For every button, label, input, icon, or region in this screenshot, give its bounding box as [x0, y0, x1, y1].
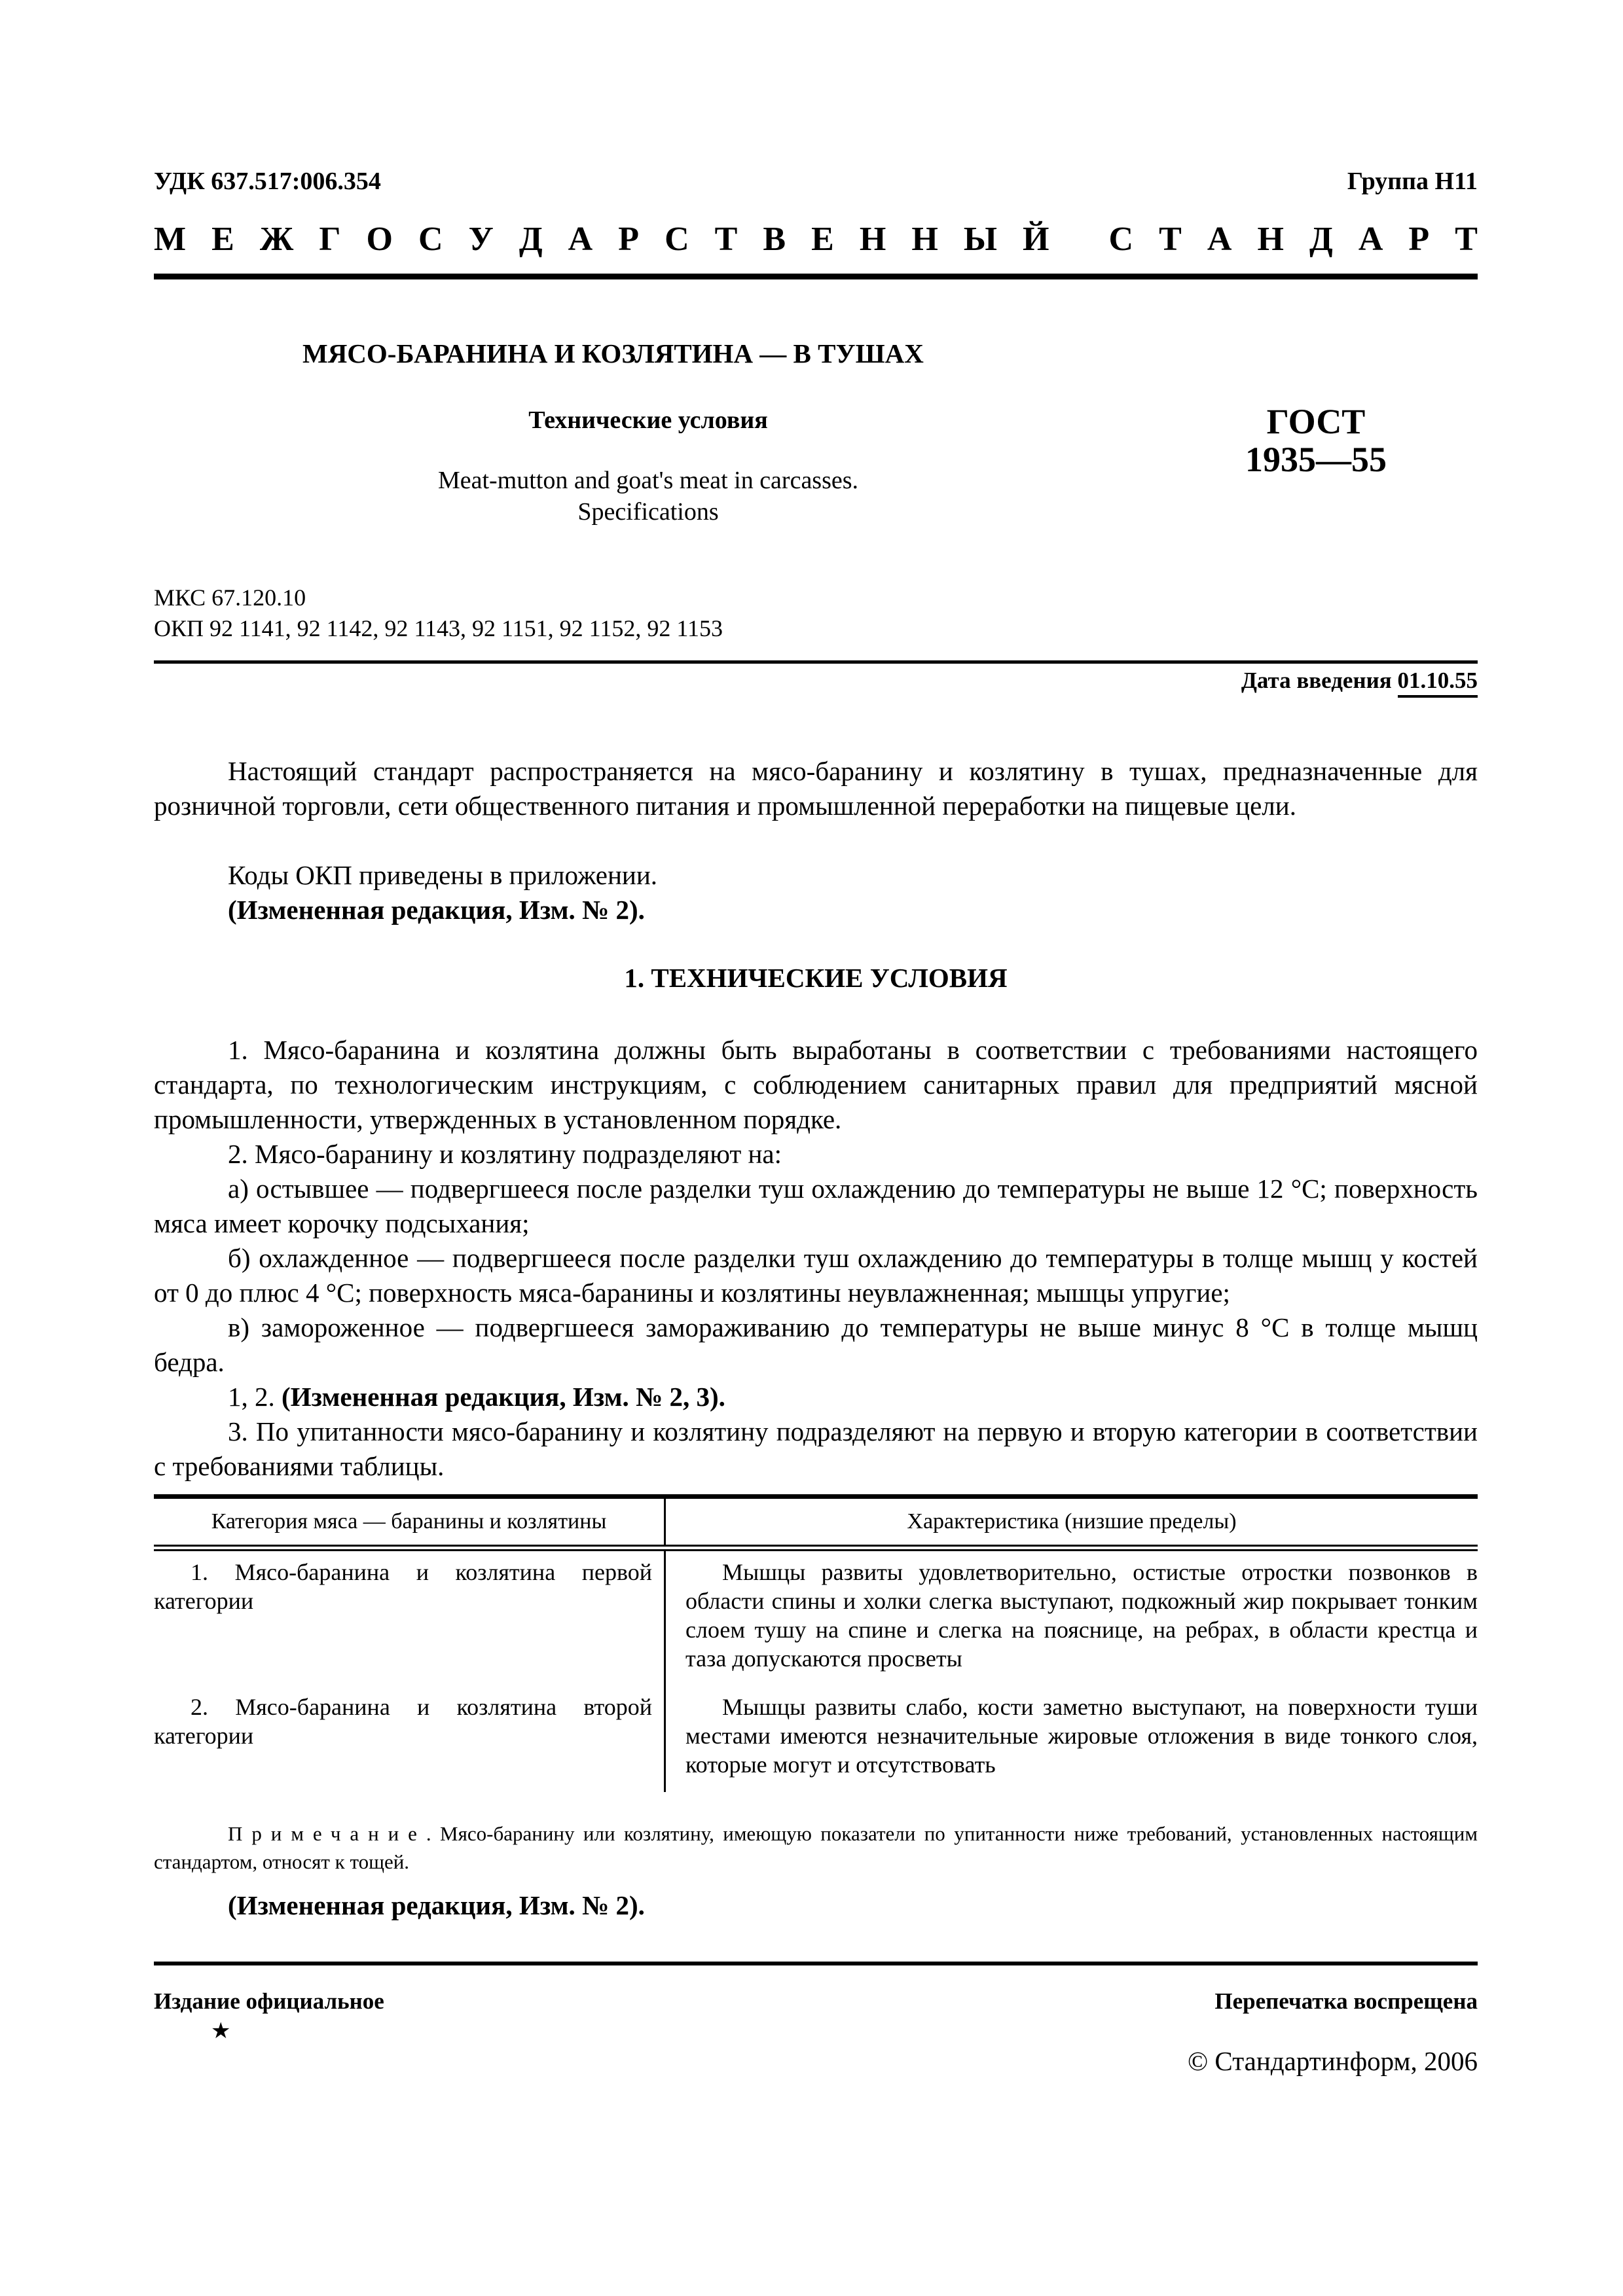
clause-1: 1. Мясо-баранина и козлятина должны быть…	[154, 1033, 1478, 1137]
banner-letter: Ы	[964, 220, 997, 259]
banner-letter: Р	[1408, 220, 1429, 259]
introduction-date: Дата введения 01.10.55	[1241, 668, 1478, 698]
english-title-line2: Specifications	[354, 496, 943, 528]
udk-code: УДК 637.517:006.354	[154, 167, 381, 196]
banner-letter: Г	[319, 220, 340, 259]
document-subtitle: Технические условия	[354, 406, 943, 435]
okp-codes: ОКП 92 1141, 92 1142, 92 1143, 92 1151, …	[154, 613, 723, 644]
banner-letter: Е	[211, 220, 234, 259]
mks-code: МКС 67.120.10	[154, 583, 723, 613]
banner-letter: Д	[1309, 220, 1333, 259]
amendment-note-2: 1, 2. (Измененная редакция, Изм. № 2, 3)…	[154, 1380, 1478, 1414]
gost-number: 1935—55	[1218, 440, 1414, 478]
gost-label: ГОСТ	[1218, 403, 1414, 440]
classification-rule	[154, 660, 1478, 664]
banner-letter: С	[418, 220, 443, 259]
banner-letter: Ж	[260, 220, 293, 259]
table-top-rule	[154, 1494, 1478, 1499]
table-cell-characteristic: Мышцы развиты слабо, кости заметно высту…	[666, 1686, 1478, 1792]
banner-letter: У	[469, 220, 494, 259]
table-header-characteristic: Характеристика (низшие пределы)	[666, 1499, 1478, 1545]
banner-letter: Н	[911, 220, 938, 259]
clause-2a: а) остывшее — подвергшееся после разделк…	[154, 1172, 1478, 1241]
amendment-note-2-text: (Измененная редакция, Изм. № 2, 3).	[282, 1382, 725, 1412]
banner-letter: В	[763, 220, 786, 259]
amendment-note-2-clauses: 1, 2.	[228, 1382, 282, 1412]
banner-letter: А	[1359, 220, 1383, 259]
banner-letter: Н	[860, 220, 886, 259]
english-title-line1: Meat-mutton and goat's meat in carcasses…	[354, 465, 943, 496]
banner-letter: Н	[1257, 220, 1283, 259]
star-icon: ★	[211, 2018, 230, 2044]
reprint-forbidden: Перепечатка воспрещена	[1214, 1988, 1478, 2015]
table-note: Примечание. Мясо-баранину или козлятину,…	[154, 1820, 1478, 1876]
copyright: © Стандартинформ, 2006	[1188, 2045, 1478, 2077]
english-title: Meat-mutton and goat's meat in carcasses…	[354, 465, 943, 528]
banner-letter: М	[154, 220, 186, 259]
classification-codes: МКС 67.120.10 ОКП 92 1141, 92 1142, 92 1…	[154, 583, 723, 644]
banner-letter: Т	[1159, 220, 1182, 259]
clause-2c: в) замороженное — подвергшееся заморажив…	[154, 1310, 1478, 1380]
banner-letter: Р	[618, 220, 639, 259]
banner-letter: Й	[1023, 220, 1049, 259]
header-rule	[154, 274, 1478, 279]
amendment-note-1: (Измененная редакция, Изм. № 2).	[154, 893, 1478, 927]
footer-rule	[154, 1962, 1478, 1965]
table-row: 2. Мясо-баранина и козлятина второй кате…	[154, 1686, 1478, 1792]
banner-letter: С	[665, 220, 689, 259]
document-title: МЯСО-БАРАНИНА И КОЗЛЯТИНА — В ТУШАХ	[302, 338, 924, 369]
table-row: 1. Мясо-баранина и козлятина первой кате…	[154, 1551, 1478, 1686]
standard-type-banner: МЕЖГОСУДАРСТВЕННЫЙ СТАНДАРТ	[154, 220, 1478, 259]
banner-letter: Е	[811, 220, 834, 259]
introduction-date-value: 01.10.55	[1398, 668, 1478, 698]
clause-2: 2. Мясо-баранину и козлятину подразделяю…	[154, 1137, 1478, 1172]
table-header-double-rule	[154, 1545, 1478, 1551]
banner-letter: Д	[519, 220, 543, 259]
banner-letter: О	[366, 220, 392, 259]
banner-letter: А	[568, 220, 593, 259]
amendment-note-3: (Измененная редакция, Изм. № 2).	[154, 1888, 1478, 1923]
table-cell-characteristic: Мышцы развиты удовлетворительно, остисты…	[666, 1551, 1478, 1686]
table-cell-category: 1. Мясо-баранина и козлятина первой кате…	[154, 1551, 666, 1686]
fatness-category-table: Категория мяса — баранины и козлятины Ха…	[154, 1494, 1478, 1792]
banner-letter: Т	[715, 220, 738, 259]
gost-designation: ГОСТ 1935—55	[1218, 403, 1414, 478]
banner-letter	[1074, 220, 1083, 259]
okp-note: Коды ОКП приведены в приложении.	[154, 858, 1478, 893]
official-edition: Издание официальное	[154, 1988, 384, 2015]
banner-letter: С	[1109, 220, 1134, 259]
group-code: Группа Н11	[1347, 167, 1478, 196]
section-heading: 1. ТЕХНИЧЕСКИЕ УСЛОВИЯ	[154, 961, 1478, 996]
scope-paragraph: Настоящий стандарт распространяется на м…	[154, 754, 1478, 823]
table-cell-category: 2. Мясо-баранина и козлятина второй кате…	[154, 1686, 666, 1792]
note-label: Примечание	[228, 1822, 426, 1845]
introduction-date-label: Дата введения	[1241, 668, 1392, 693]
banner-letter: А	[1207, 220, 1232, 259]
table-header-row: Категория мяса — баранины и козлятины Ха…	[154, 1499, 1478, 1545]
banner-letter: Т	[1455, 220, 1478, 259]
table-header-category: Категория мяса — баранины и козлятины	[154, 1499, 666, 1545]
clause-3: 3. По упитанности мясо-баранину и козлят…	[154, 1414, 1478, 1484]
clause-2b: б) охлажденное — подвергшееся после разд…	[154, 1241, 1478, 1310]
